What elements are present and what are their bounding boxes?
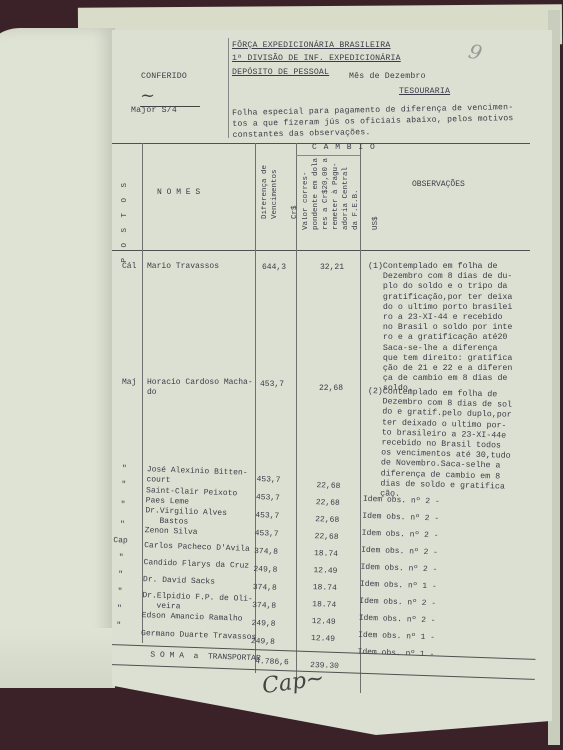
- row-10-posto: ": [117, 587, 122, 597]
- row-4-diferenca: 453,7: [256, 493, 280, 504]
- row-7-valor: 18.74: [314, 549, 338, 560]
- row-5-obs: Idem obs. nº 2 -: [362, 529, 439, 542]
- conferido-signatory: Major S/4: [131, 106, 177, 115]
- row-11-obs: Idem obs. nº 1 -: [358, 631, 435, 644]
- row-2-valor: 22,68: [319, 384, 343, 394]
- row-11-diferenca: 249,8: [251, 619, 275, 630]
- row-1-diferenca: 644,3: [262, 263, 286, 273]
- row-5-diferenca: 453,7: [255, 511, 279, 522]
- header-cambio: C A M B I O: [312, 143, 376, 153]
- total-diferenca: 4.786,6: [255, 657, 289, 668]
- row-5-valor: 22,68: [315, 515, 339, 526]
- conferido-label: CONFERIDO: [141, 72, 187, 81]
- row-7-posto: Cap: [113, 536, 128, 546]
- total-label: S O M A a TRANSPORTAR: [150, 650, 261, 664]
- row-6-nome: Zenon Silva: [145, 526, 198, 538]
- row-9-valor: 18.74: [313, 583, 337, 594]
- row-2-nome: Horacio Cardoso Macha- do: [147, 378, 253, 398]
- header-line-3: DEPÓSITO DE PESSOAL: [232, 68, 329, 77]
- row-6-posto: ": [120, 520, 125, 530]
- conferido-signature: ~: [140, 85, 200, 107]
- row-9-posto: ": [118, 570, 123, 580]
- row-6-diferenca: 453,7: [254, 529, 278, 540]
- row-10-valor: 18.74: [312, 600, 336, 611]
- month-label: Mês de Dezembro: [349, 72, 426, 81]
- row-8-valor: 12.49: [313, 566, 337, 577]
- header-line-2: 1ª DIVISÃO DE INF. EXPEDICIONÁRIA: [232, 54, 401, 63]
- header-divider: [228, 38, 229, 138]
- section-title: TESOURARIA: [399, 87, 450, 96]
- header-nomes: N O M E S: [157, 188, 200, 198]
- row-9-obs: Idem obs. nº 2 -: [359, 597, 436, 610]
- left-binder-page: [0, 28, 115, 688]
- page-mark: 9: [466, 39, 485, 65]
- row-2-posto: Maj: [122, 378, 136, 388]
- row-8-diferenca: 249,8: [253, 565, 277, 576]
- row-3-diferenca: 453,7: [256, 475, 280, 486]
- row-9-diferenca: 374,8: [253, 583, 277, 594]
- row-5-posto: ": [120, 500, 125, 510]
- row-11-nome: Edson Amancio Ramalho: [142, 611, 243, 625]
- row-1-valor: 32,21: [320, 263, 344, 273]
- row-2-diferenca: 453,7: [260, 380, 284, 390]
- row-1-nome: Mario Travassos: [147, 262, 219, 272]
- description: Folha especial para pagamento de diferen…: [232, 102, 514, 141]
- row-7-obs: Idem obs. nº 2 -: [360, 563, 437, 576]
- header-bottom-line: [112, 250, 530, 251]
- row-4-obs: Idem obs. nº 2 -: [362, 512, 439, 525]
- row-8-nome: Candido Flarys da Cruz: [143, 558, 249, 572]
- row-6-obs: Idem obs. nº 2 -: [361, 546, 438, 559]
- header-line-1: FÔRÇA EXPEDICIONÁRIA BRASILEIRA: [232, 41, 391, 50]
- observation-1: (1)Contemplado em folha de Dezembro com …: [368, 262, 512, 395]
- header-valor: Valor corres- pondente em dola res a Cr$…: [301, 158, 381, 230]
- row-5-nome: Dr.Virgilio Alves Bastos: [145, 506, 227, 529]
- row-12-posto: ": [116, 621, 121, 631]
- row-6-valor: 22,68: [314, 532, 338, 543]
- row-12-valor: 12.49: [311, 634, 335, 645]
- row-3-nome: José Alexinio Bitten- court: [146, 465, 247, 489]
- row-10-diferenca: 374,8: [252, 601, 276, 612]
- row-3-obs: Idem obs. nº 2 -: [363, 495, 440, 508]
- cambio-underline: [296, 155, 360, 156]
- rows-block: " José Alexinio Bitten- court 453,7 22,6…: [104, 464, 541, 699]
- row-11-valor: 12.49: [311, 617, 335, 628]
- header-postos: P O S T O S: [120, 180, 130, 263]
- row-3-valor: 22,68: [316, 481, 340, 492]
- row-8-posto: ": [119, 553, 124, 563]
- row-9-nome: Dr. David Sacks: [143, 575, 215, 588]
- row-7-nome: Carlos Pacheco D'Avila: [144, 541, 250, 555]
- row-4-posto: ": [121, 480, 126, 490]
- row-4-valor: 22,68: [316, 498, 340, 509]
- document-page: FÔRÇA EXPEDICIONÁRIA BRASILEIRA 1ª DIVIS…: [112, 30, 552, 735]
- row-7-diferenca: 374,8: [254, 547, 278, 558]
- row-8-obs: Idem obs. nº 1 -: [360, 580, 437, 593]
- row-11-posto: ": [117, 604, 122, 614]
- row-12-diferenca: 249,8: [251, 637, 275, 648]
- header-observacoes: OBSERVAÇÕES: [412, 180, 465, 190]
- row-1-posto: Cál: [122, 262, 136, 272]
- row-12-nome: Germano Duarte Travassos: [141, 629, 256, 643]
- row-3-posto: ": [122, 464, 127, 474]
- row-10-obs: Idem obs. nº 2 -: [359, 614, 436, 627]
- header-diferenca: Diferença de Vencimentos Cr$: [260, 165, 300, 219]
